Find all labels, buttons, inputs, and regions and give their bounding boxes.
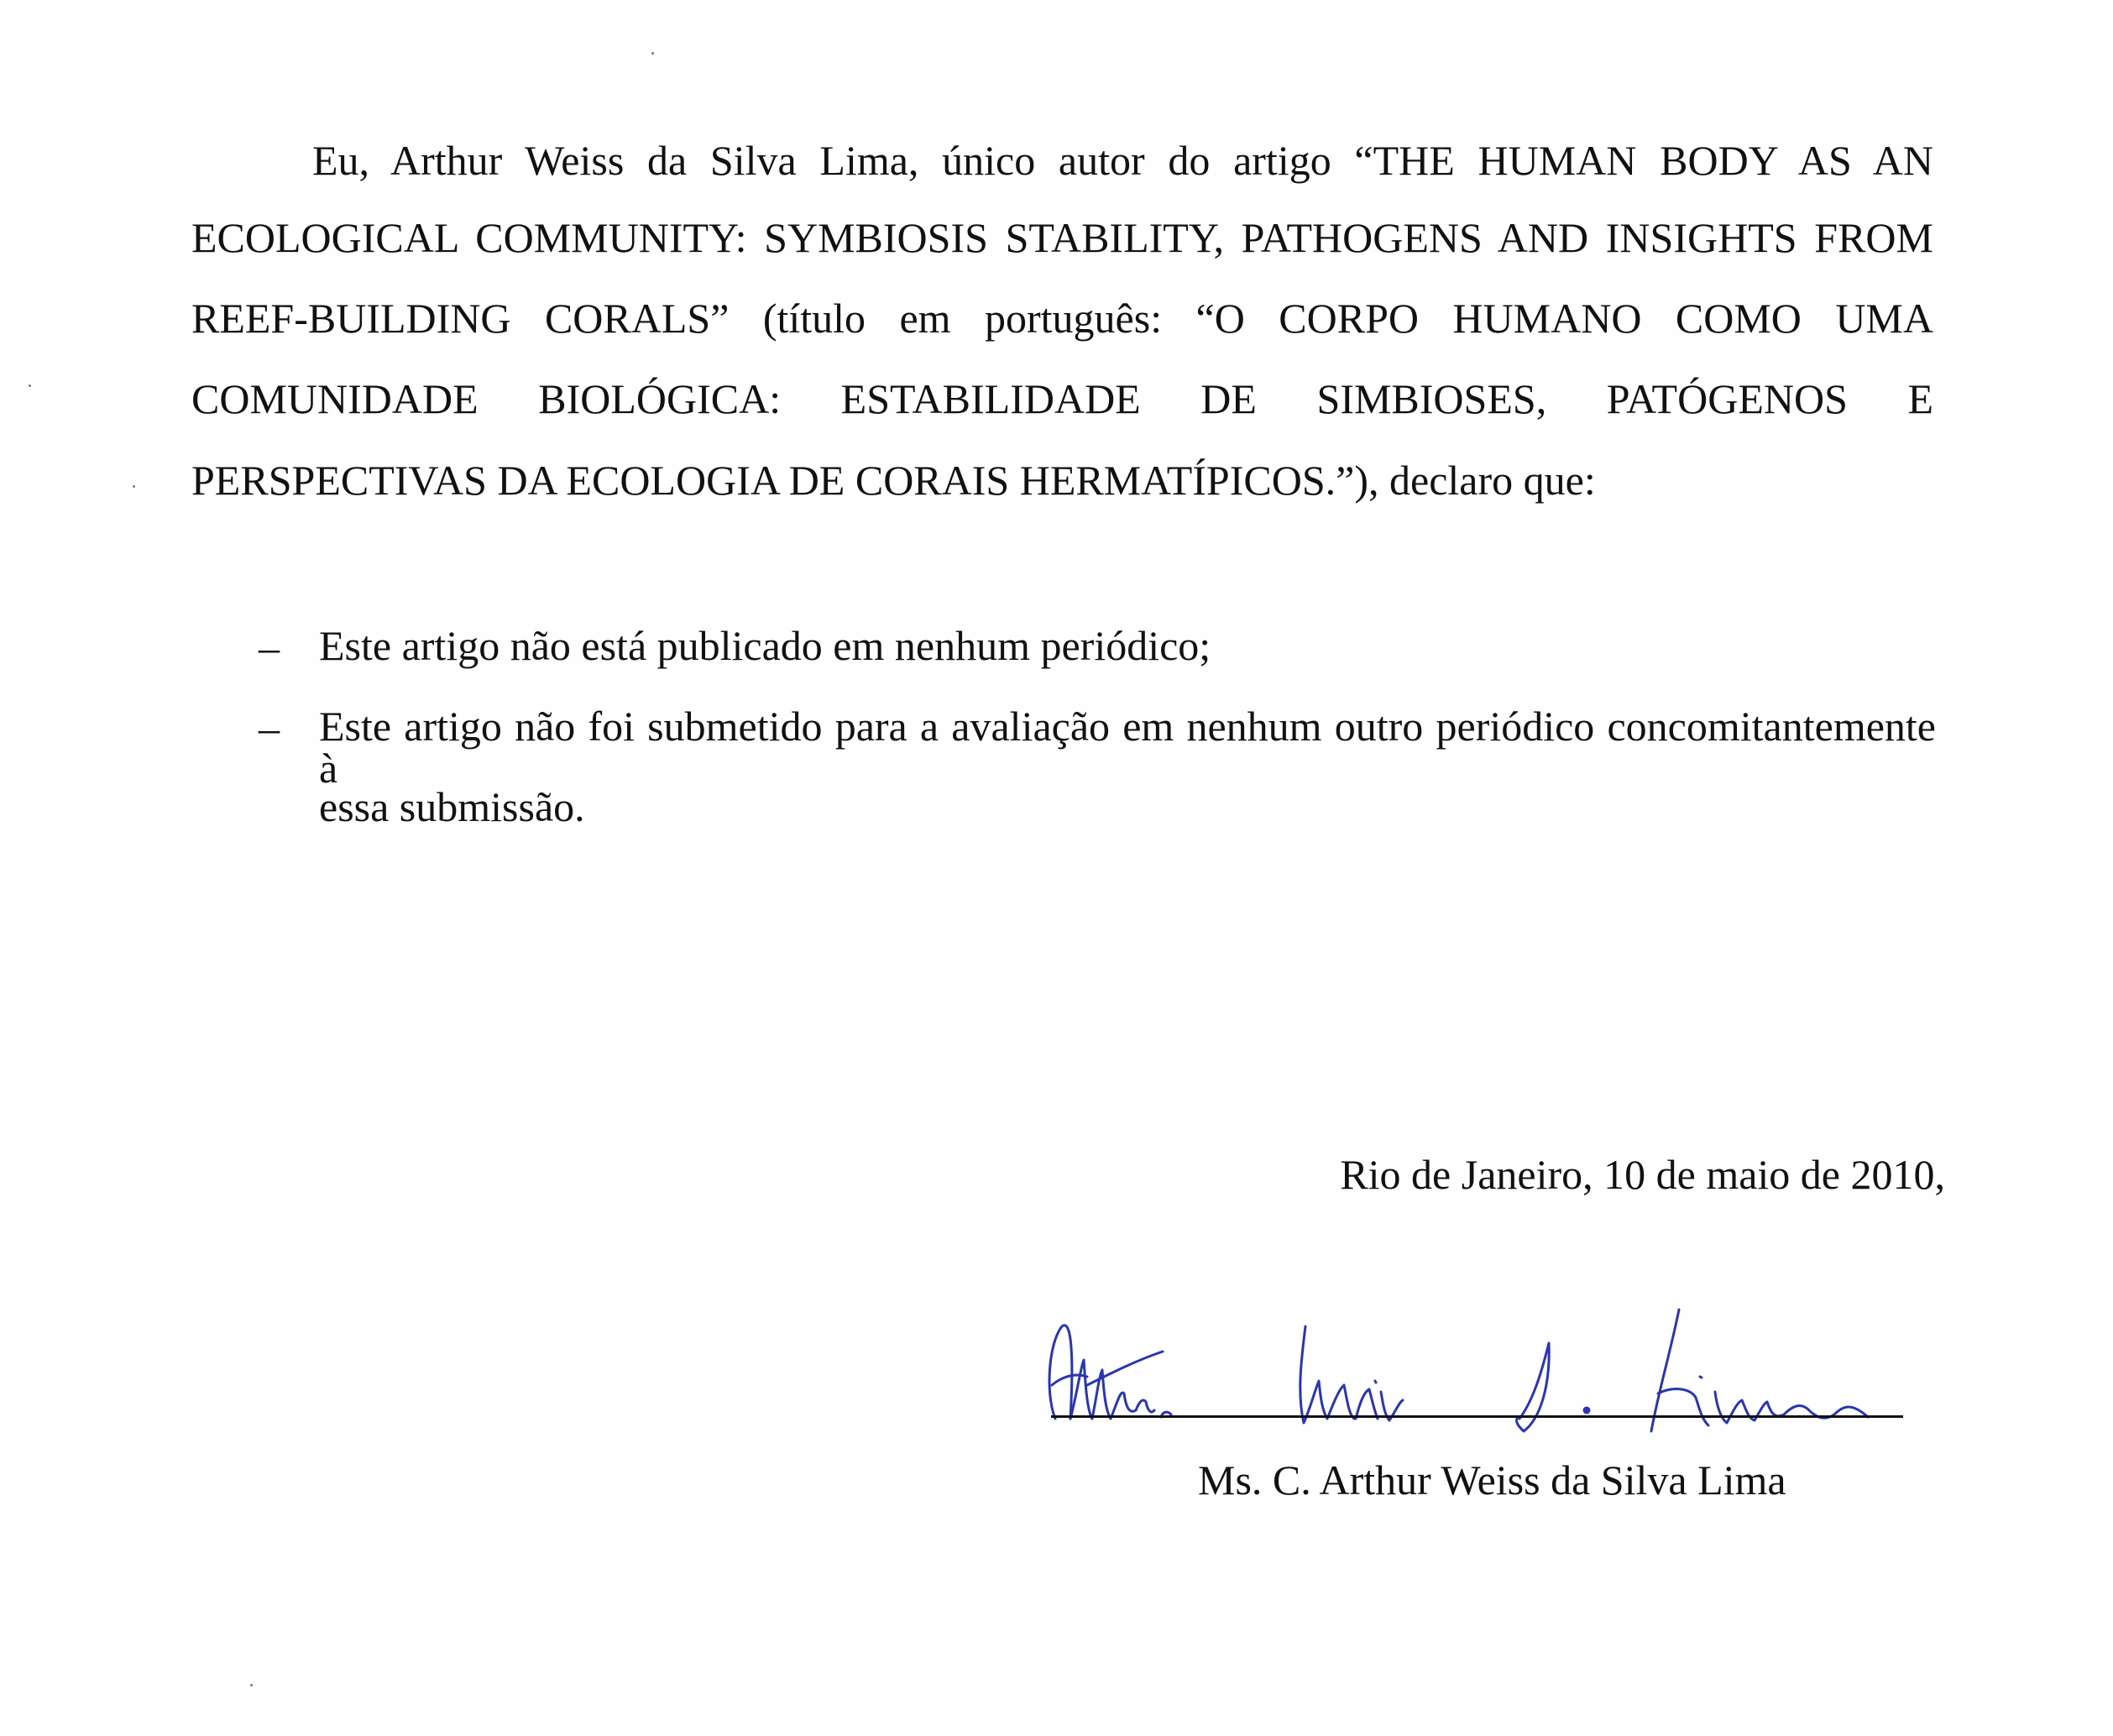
paragraph-line-1: Eu, Arthur Weiss da Silva Lima, único au… [312,139,1933,181]
bullet-marker: – [259,707,280,749]
bullet-item-2-continuation: essa submissão. [319,786,585,828]
handwritten-signature [1037,1293,2027,1452]
scan-speck [29,384,31,387]
bullet-item-1: Este artigo não está publicado em nenhum… [319,625,1211,667]
scan-speck [133,485,135,488]
scan-speck [250,1684,253,1686]
document-page: Eu, Arthur Weiss da Silva Lima, único au… [0,0,2113,1736]
paragraph-line-3: REEF-BUILDING CORALS” (título em portugu… [191,297,1933,339]
paragraph-line-4: COMUNIDADE BIOLÓGICA: ESTABILIDADE DE SI… [191,378,1933,420]
bullet-item-2: Este artigo não foi submetido para a ava… [319,705,1936,789]
scan-speck [651,52,654,55]
signatory-name: Ms. C. Arthur Weiss da Silva Lima [1198,1459,1786,1501]
signature-line [1051,1415,1903,1418]
place-date: Rio de Janeiro, 10 de maio de 2010, [1340,1153,1945,1195]
paragraph-line-5: PERSPECTIVAS DA ECOLOGIA DE CORAIS HERMA… [191,459,1596,501]
paragraph-line-2: ECOLOGICAL COMMUNITY: SYMBIOSIS STABILIT… [191,217,1933,259]
bullet-marker: – [259,626,280,668]
